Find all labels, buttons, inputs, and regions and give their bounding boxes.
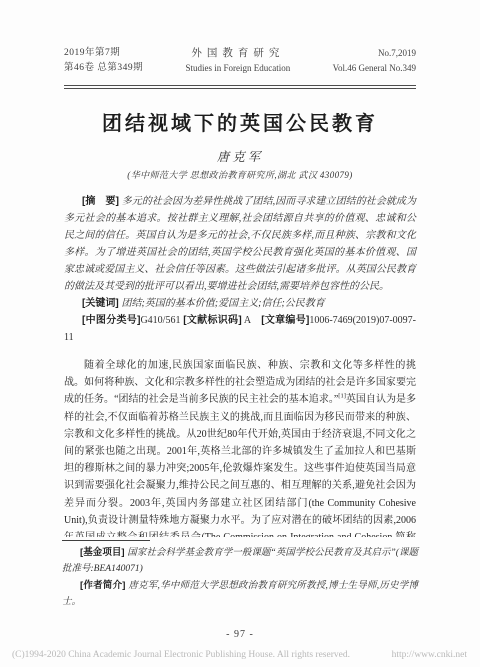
classification-line: [中图分类号]G410/561 [文献标识码] A [文章编号]1006-746… — [64, 312, 416, 346]
journal-issue-cn: 2019年第7期 — [64, 46, 143, 61]
journal-header-right: No.7,2019 Vol.46 General No.349 — [333, 46, 416, 76]
author-bio-line: [作者简介] 唐克军,华中师范大学思想政治教育研究所教授,博士生导师,历史学博士… — [62, 578, 418, 610]
journal-header-center: 外国教育研究 Studies in Foreign Education — [143, 46, 333, 76]
article-id-label: [文章编号] — [261, 315, 309, 326]
clc-label: [中图分类号] — [82, 315, 140, 326]
journal-volume-en: Vol.46 General No.349 — [333, 61, 416, 76]
footnote-block: [基金项目] 国家社会科学基金教育学一般课题“英国学校公民教育及其启示”(课题批… — [62, 545, 418, 610]
footnote-zone: [基金项目] 国家社会科学基金教育学一般课题“英国学校公民教育及其启示”(课题批… — [0, 537, 480, 667]
abstract-text: 多元的社会因为差异性挑战了团结,因而寻求建立团结的社会就成为多元社会的基本追求。… — [64, 196, 416, 292]
doc-code-label: [文献标识码] — [183, 315, 241, 326]
doc-code-value: A — [242, 315, 262, 326]
journal-volume-cn: 第46卷 总第349期 — [64, 61, 143, 76]
keywords-text: 团结;英国的基本价值;爱国主义;信任;公民教育 — [121, 298, 324, 309]
footnote-reference-1: [1] — [338, 393, 346, 400]
fund-project-label: [基金项目] — [80, 547, 127, 558]
journal-name-cn: 外国教育研究 — [143, 46, 333, 61]
copyright-text: (C)1994-2020 China Academic Journal Elec… — [12, 650, 350, 660]
abstract-block: [摘 要] 多元的社会因为差异性挑战了团结,因而寻求建立团结的社会就成为多元社会… — [64, 193, 416, 346]
article-title: 团结视域下的英国公民教育 — [64, 111, 416, 137]
footnote-inner: [基金项目] 国家社会科学基金教育学一般课题“英国学校公民教育及其启示”(课题批… — [0, 540, 480, 610]
cnki-url: http://www.cnki.net — [392, 650, 467, 660]
journal-header: 2019年第7期 第46卷 总第349期 外国教育研究 Studies in F… — [64, 46, 416, 76]
abstract-label: [摘 要] — [82, 196, 122, 207]
author-affiliation: (华中师范大学 思想政治教育研究所,湖北 武汉 430079) — [64, 169, 416, 182]
footnote-separator-rule — [62, 540, 150, 541]
article-author: 唐克军 — [64, 150, 416, 165]
journal-name-en: Studies in Foreign Education — [143, 61, 333, 76]
fund-project-line: [基金项目] 国家社会科学基金教育学一般课题“英国学校公民教育及其启示”(课题批… — [62, 545, 418, 577]
journal-page: 2019年第7期 第46卷 总第349期 外国教育研究 Studies in F… — [0, 0, 480, 667]
journal-header-left: 2019年第7期 第46卷 总第349期 — [64, 46, 143, 76]
abstract-paragraph: [摘 要] 多元的社会因为差异性挑战了团结,因而寻求建立团结的社会就成为多元社会… — [64, 193, 416, 295]
keywords-label: [关键词] — [82, 298, 121, 309]
clc-value: G410/561 — [140, 315, 183, 326]
header-divider-rule — [64, 85, 416, 89]
keywords-line: [关键词] 团结;英国的基本价值;爱国主义;信任;公民教育 — [64, 295, 416, 312]
author-bio-label: [作者简介] — [80, 580, 128, 591]
copyright-bar: (C)1994-2020 China Academic Journal Elec… — [12, 650, 467, 660]
journal-issue-en: No.7,2019 — [333, 46, 416, 61]
page-number: - 97 - — [0, 629, 480, 640]
page-content: 2019年第7期 第46卷 总第349期 外国教育研究 Studies in F… — [0, 0, 480, 615]
